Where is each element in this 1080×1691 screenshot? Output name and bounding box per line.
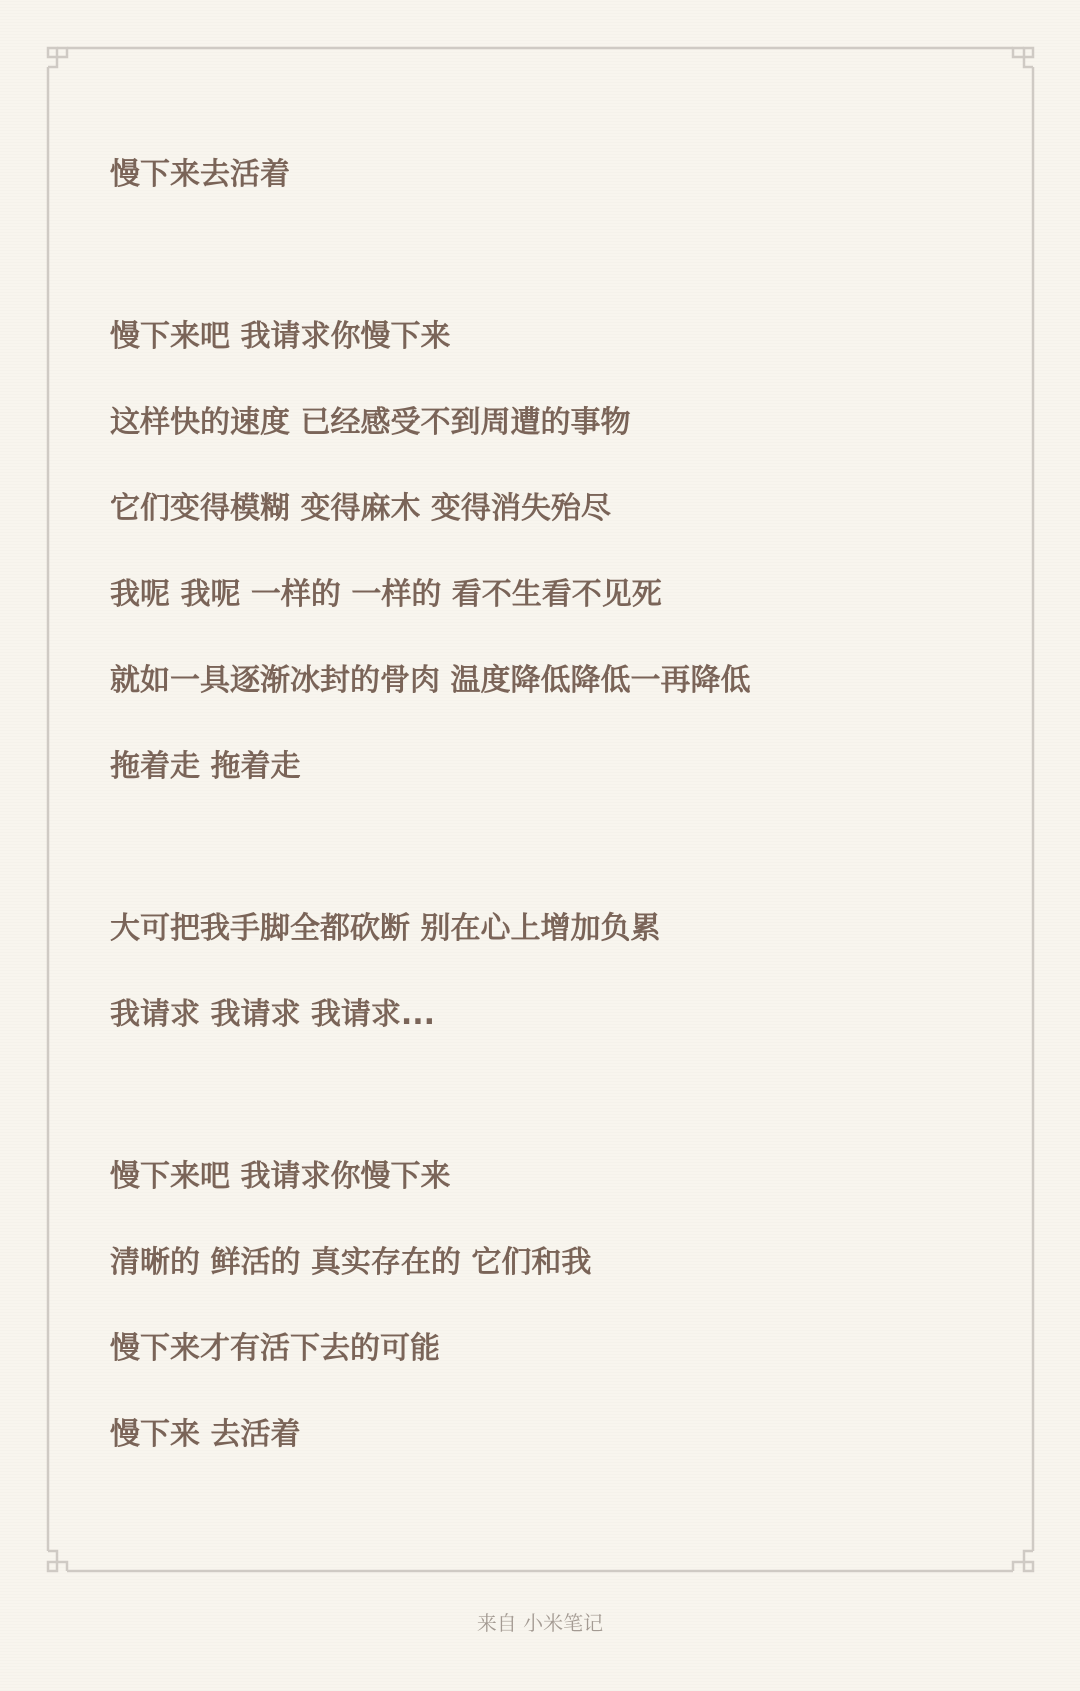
- note-line: 我呢 我呢 一样的 一样的 看不生看不见死: [110, 575, 662, 615]
- note-line: 就如一具逐渐冰封的骨肉 温度降低降低一再降低: [110, 661, 750, 701]
- source-footer: 来自 小米笔记: [0, 1609, 1080, 1637]
- note-line: 慢下来 去活着: [110, 1415, 300, 1455]
- note-line: 慢下来才有活下去的可能: [110, 1329, 440, 1369]
- note-line: 慢下来吧 我请求你慢下来: [110, 1157, 450, 1197]
- note-line: 这样快的速度 已经感受不到周遭的事物: [110, 403, 630, 443]
- note-line: 我请求 我请求 我请求...: [110, 995, 435, 1035]
- note-line: 它们变得模糊 变得麻木 变得消失殆尽: [110, 489, 611, 529]
- note-line: 清晰的 鲜活的 真实存在的 它们和我: [110, 1243, 591, 1283]
- note-line: 慢下来吧 我请求你慢下来: [110, 317, 450, 357]
- note-line: 拖着走 拖着走: [110, 747, 300, 787]
- note-title: 慢下来去活着: [110, 155, 290, 195]
- note-line: 大可把我手脚全都砍断 别在心上增加负累: [110, 909, 660, 949]
